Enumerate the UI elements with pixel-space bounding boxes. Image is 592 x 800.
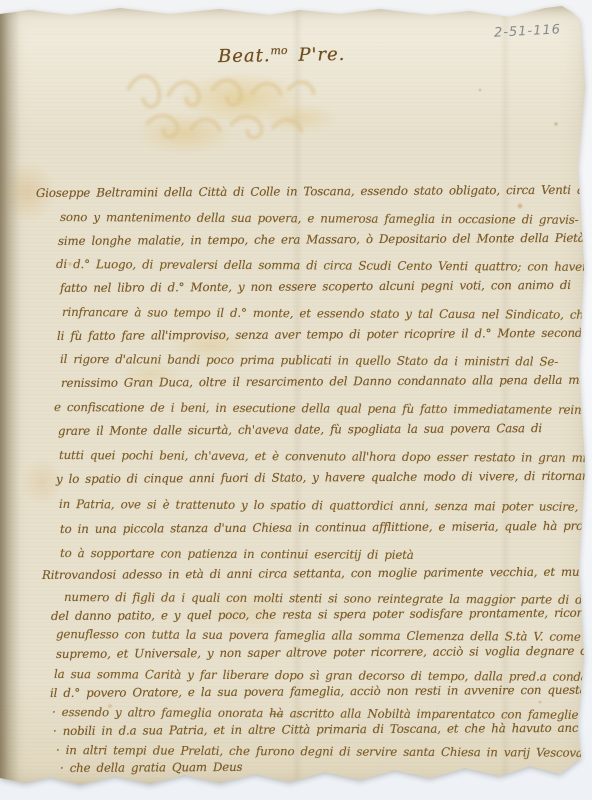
manuscript-line: to à sopportare con patienza in continui… (60, 548, 414, 562)
manuscript-line: in Patria, ove si è trattenuto y lo spat… (59, 499, 592, 514)
manuscript-line: e confiscatione de i beni, in esecutione… (54, 402, 592, 417)
manuscript-line: genuflesso con tutta la sua povera fameg… (56, 629, 592, 644)
manuscript-line: · essendo y altro fameglia onorata h̶à̶ … (52, 707, 578, 722)
manuscript-line: sono y mantenimento della sua povera, e … (60, 212, 579, 227)
manuscript-line: · nobili in d.a sua Patria, et in altre … (53, 723, 592, 738)
manuscript-line: · che della gratia Quam Deus (60, 762, 243, 775)
manuscript-line: li fù fatto fare all'improviso, senza av… (57, 328, 589, 343)
manuscript-line: di d.° Luogo, di prevalersi della somma … (56, 259, 588, 274)
manuscript-line: y lo spatio di cinque anni fuori di Stat… (56, 471, 592, 486)
manuscript-line: renissimo Gran Duca, oltre il resarcimen… (61, 375, 592, 390)
manuscript-line: tutti quei pochi beni, ch'aveva, et è co… (59, 450, 592, 465)
manuscript-line: la sua somma Carità y far liberare dopo … (54, 669, 592, 684)
manuscript-line: · in altri tempi due Prelati, che furono… (56, 745, 592, 760)
manuscript-line: to in una piccola stanza d'una Chiesa in… (60, 521, 592, 536)
manuscript-line: numero di figli da i quali con molti ste… (64, 592, 592, 607)
manuscript-line: grare il Monte dalle sicurtà, ch'aveva d… (58, 423, 542, 438)
manuscript-line: il rigore d'alcuni bandi poco prima publ… (60, 354, 558, 368)
manuscript-line: rinfrancare à suo tempo il d.° monte, et… (62, 307, 591, 322)
manuscript-line: sime longhe malatie, in tempo, che era M… (58, 233, 585, 248)
scan-background: 2-51-116 Beat.mo P're (0, 0, 592, 800)
manuscript-page: 2-51-116 Beat.mo P're (0, 6, 589, 792)
paper-shadow-wrap: 2-51-116 Beat.mo P're (0, 0, 592, 800)
manuscript-line: Ritrovandosi adesso in età di anni circa… (42, 567, 592, 582)
manuscript-line: del danno patito, e y quel poco, che res… (51, 608, 592, 623)
manuscript-line: fatto nel libro di d.° Monte, y non esse… (60, 280, 571, 295)
letter-body: Gioseppe Beltramini della Città di Colle… (0, 6, 592, 800)
manuscript-line: Gioseppe Beltramini della Città di Colle… (36, 185, 592, 200)
manuscript-line: supremo, et Universale, y non saper altr… (56, 645, 592, 660)
manuscript-line: il d.° povero Oratore, e la sua povera f… (50, 684, 592, 699)
